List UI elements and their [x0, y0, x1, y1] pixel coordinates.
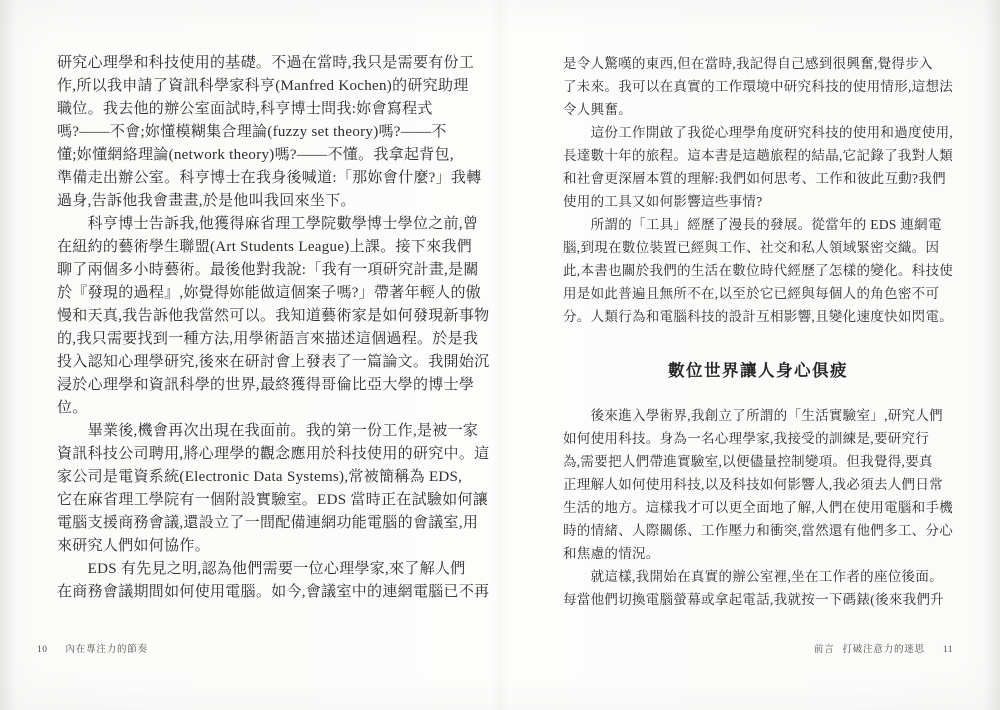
- left-page-text: 研究心理學和科技使用的基礎。不過在當時,我只是需要有份工作,所以我申請了資訊科學…: [57, 52, 483, 604]
- text-line: 於『發現的過程』,妳覺得妳能做這個案子嗎?」帶著年輕人的傲: [57, 282, 483, 305]
- text-line: 的,我只需要找到一種方法,用學術語言來描述這個過程。於是我: [57, 328, 483, 351]
- text-line: 研究心理學和科技使用的基礎。不過在當時,我只是需要有份工: [57, 52, 483, 75]
- text-line: 慢和天真,我告訴他我當然可以。我知道藝術家是如何發現新事物: [57, 305, 483, 328]
- text-line: 長達數十年的旅程。這本書是這趟旅程的結晶,它記錄了我對人類: [563, 144, 953, 167]
- left-page-footer: 10 內在專注力的節奏: [37, 642, 148, 658]
- text-line: 所謂的「工具」經歷了漫長的發展。從當年的 EDS 連網電: [563, 213, 953, 236]
- text-line: 在商務會議期間如何使用電腦。如今,會議室中的連網電腦已不再: [57, 581, 483, 604]
- text-line: 在紐約的藝術學生聯盟(Art Students League)上課。接下來我們: [57, 236, 483, 259]
- text-line: 懂;妳懂網絡理論(network theory)嗎?——不懂。我拿起背包,: [57, 144, 483, 167]
- text-line: 職位。我去他的辦公室面試時,科亨博士問我:妳會寫程式: [57, 98, 483, 121]
- left-page: 研究心理學和科技使用的基礎。不過在當時,我只是需要有份工作,所以我申請了資訊科學…: [0, 0, 500, 710]
- text-line: 每當他們切換電腦螢幕或拿起電話,我就按一下碼錶(後來我們升: [563, 588, 953, 611]
- right-text-before-heading: 是令人驚嘆的東西,但在當時,我記得自己感到很興奮,覺得步入了未來。我可以在真實的…: [563, 52, 953, 328]
- right-page-number: 11: [943, 642, 953, 658]
- text-line: 和焦慮的情況。: [563, 542, 953, 565]
- text-line: 電腦支援商務會議,還設立了一間配備連網功能電腦的會議室,用: [57, 512, 483, 535]
- text-line: 使用的工具又如何影響這些事情?: [563, 190, 953, 213]
- text-line: 位。: [57, 397, 483, 420]
- text-line: 此,本書也關於我們的生活在數位時代經歷了怎樣的變化。科技使: [563, 259, 953, 282]
- text-line: 腦,到現在數位裝置已經與工作、社交和私人領域緊密交織。因: [563, 236, 953, 259]
- text-line: 科亨博士告訴我,他獲得麻省理工學院數學博士學位之前,曾: [57, 213, 483, 236]
- text-line: 就這樣,我開始在真實的辦公室裡,坐在工作者的座位後面。: [563, 565, 953, 588]
- text-line: 浸於心理學和資訊科學的世界,最終獲得哥倫比亞大學的博士學: [57, 374, 483, 397]
- text-line: 投入認知心理學研究,後來在研討會上發表了一篇論文。我開始沉: [57, 351, 483, 374]
- left-page-number: 10: [37, 642, 48, 658]
- text-line: 如何使用科技。身為一名心理學家,我接受的訓練是,要研究行: [563, 427, 953, 450]
- text-line: 正理解人如何使用科技,以及科技如何影響人,我必須去人們日常: [563, 473, 953, 496]
- text-line: 後來進入學術界,我創立了所謂的「生活實驗室」,研究人們: [563, 404, 953, 427]
- text-line: EDS 有先見之明,認為他們需要一位心理學家,來了解人們: [57, 558, 483, 581]
- text-line: 家公司是電資系統(Electronic Data Systems),常被簡稱為 …: [57, 466, 483, 489]
- left-running-title: 內在專注力的節奏: [66, 642, 148, 658]
- text-line: 用是如此普遍且無所不在,以至於它已經與每個人的角色密不可: [563, 282, 953, 305]
- right-page-footer: 前言 打破注意力的迷思 11: [814, 642, 953, 658]
- text-line: 聊了兩個多小時藝術。最後他對我說:「我有一項研究計畫,是關: [57, 259, 483, 282]
- text-line: 嗎?——不會;妳懂模糊集合理論(fuzzy set theory)嗎?——不: [57, 121, 483, 144]
- text-line: 資訊科技公司聘用,將心理學的觀念應用於科技使用的研究中。這: [57, 443, 483, 466]
- text-line: 畢業後,機會再次出現在我面前。我的第一份工作,是被一家: [57, 420, 483, 443]
- text-line: 了未來。我可以在真實的工作環境中研究科技的使用情形,這想法: [563, 75, 953, 98]
- right-page: 是令人驚嘆的東西,但在當時,我記得自己感到很興奮,覺得步入了未來。我可以在真實的…: [500, 0, 1000, 710]
- text-line: 生活的地方。這樣我才可以更全面地了解,人們在使用電腦和手機: [563, 496, 953, 519]
- text-line: 為,需要把人們帶進實驗室,以便儘量控制變項。但我覺得,要真: [563, 450, 953, 473]
- right-text-after-heading: 後來進入學術界,我創立了所謂的「生活實驗室」,研究人們如何使用科技。身為一名心理…: [563, 404, 953, 611]
- text-line: 準備走出辦公室。科亨博士在我身後喊道:「那妳會什麼?」我轉: [57, 167, 483, 190]
- text-line: 來研究人們如何協作。: [57, 535, 483, 558]
- text-line: 和社會更深層本質的理解:我們如何思考、工作和彼此互動?我們: [563, 167, 953, 190]
- text-line: 這份工作開啟了我從心理學角度研究科技的使用和過度使用,: [563, 121, 953, 144]
- text-line: 分。人類行為和電腦科技的設計互相影響,且變化速度快如閃電。: [563, 305, 953, 328]
- text-line: 作,所以我申請了資訊科學家科亨(Manfred Kochen)的研究助理: [57, 75, 483, 98]
- text-line: 令人興奮。: [563, 98, 953, 121]
- text-line: 過身,告訴他我會畫畫,於是他叫我回來坐下。: [57, 190, 483, 213]
- chapter-label: 前言: [814, 642, 835, 658]
- section-heading: 數位世界讓人身心俱疲: [563, 358, 953, 384]
- text-line: 是令人驚嘆的東西,但在當時,我記得自己感到很興奮,覺得步入: [563, 52, 953, 75]
- right-page-text: 是令人驚嘆的東西,但在當時,我記得自己感到很興奮,覺得步入了未來。我可以在真實的…: [563, 52, 953, 611]
- text-line: 它在麻省理工學院有一個附設實驗室。EDS 當時正在試驗如何讓: [57, 489, 483, 512]
- chapter-title: 打破注意力的迷思: [842, 642, 924, 658]
- book-spread: 研究心理學和科技使用的基礎。不過在當時,我只是需要有份工作,所以我申請了資訊科學…: [0, 0, 1000, 710]
- text-line: 時的情緒、人際關係、工作壓力和衝突,當然還有他們多工、分心: [563, 519, 953, 542]
